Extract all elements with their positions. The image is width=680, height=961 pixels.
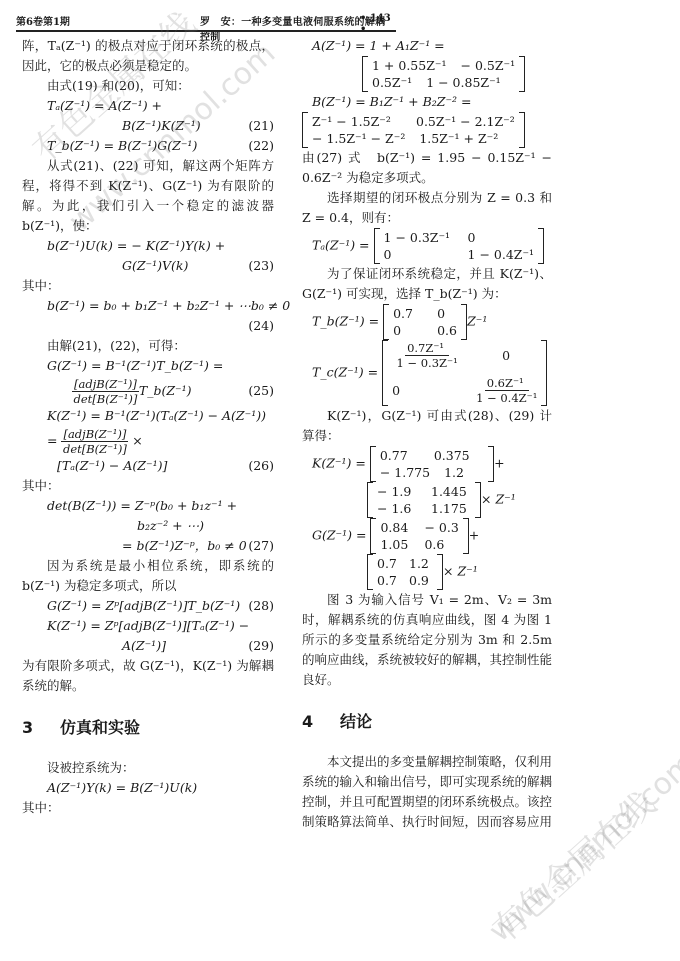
paragraph: 由式(19) 和(20)，可知： — [22, 76, 274, 96]
equation-number: (26) — [248, 456, 274, 476]
equation-text: A(Z⁻¹)] — [122, 638, 166, 653]
paragraph: 因为系统是最小相位系统，即系统的 b(Z⁻¹) 为稳定多项式，所以 — [22, 556, 274, 596]
equation-21: Tₐ(Z⁻¹) = A(Z⁻¹) + — [22, 96, 274, 116]
running-header: 第6卷第1期 罗 安：一种多变量电液伺服系统的解耦控制 • 143 • — [16, 10, 392, 32]
section-title: 仿真和实验 — [60, 718, 140, 737]
paragraph: 从式(21)、(22) 可知，解这两个矩阵方程，将得不到 K(Z⁻¹)、G(Z⁻… — [22, 156, 274, 236]
equation-number: (23) — [248, 256, 274, 276]
right-column: A(Z⁻¹) = 1 + A₁Z⁻¹ = 1 + 0.55Z⁻¹− 0.5Z⁻¹… — [302, 36, 552, 832]
paragraph: 其中： — [22, 476, 274, 496]
header-rule — [16, 30, 396, 32]
paragraph: 其中： — [22, 276, 274, 296]
section-title: 结论 — [340, 712, 372, 731]
equation-26-cont2: [Tₐ(Z⁻¹) − A(Z⁻¹)](26) — [22, 456, 274, 476]
equation-text: Tₐ(Z⁻¹) = A(Z⁻¹) + — [47, 98, 162, 113]
issue-label: 第6卷第1期 — [16, 13, 70, 28]
plus-symbol: + — [469, 528, 479, 543]
equation-text: G(Z⁻¹) = — [312, 528, 366, 543]
equation-text: Tₐ(Z⁻¹) = — [312, 238, 370, 253]
paragraph: 阵，Tₐ(Z⁻¹) 的极点对应于闭环系统的极点，因此，它的极点必须是稳定的。 — [22, 36, 274, 76]
paragraph: 图 3 为输入信号 V₁ = 2m、V₂ = 3m 时，解耦系统的仿真响应曲线，… — [302, 590, 552, 690]
equation-text: K(Z⁻¹) = Zᵖ[adjB(Z⁻¹)][Tₐ(Z⁻¹) − — [47, 618, 249, 633]
matrix-B-line: Z⁻¹ − 1.5Z⁻²0.5Z⁻¹ − 2.1Z⁻² − 1.5Z⁻¹ − Z… — [302, 112, 552, 148]
denominator: det[B(Z⁻¹)] — [63, 442, 127, 456]
equation-26: K(Z⁻¹) = B⁻¹(Z⁻¹)(Tₐ(Z⁻¹) − A(Z⁻¹)) — [22, 406, 274, 426]
matrix-G1-line: 0.71.2 0.70.9 × Z⁻¹ — [302, 554, 552, 590]
equation-text: T_b(Z⁻¹) — [139, 383, 192, 398]
equation-number: (27) — [248, 536, 274, 556]
equation-25: G(Z⁻¹) = B⁻¹(Z⁻¹)T_b(Z⁻¹) = — [22, 356, 274, 376]
section-heading-4: 4结论 — [302, 710, 552, 734]
plus-symbol: + — [494, 456, 504, 471]
numerator: [adjB(Z⁻¹)] — [72, 377, 139, 392]
times-z-inverse: × Z⁻¹ — [443, 564, 478, 579]
matrix-A: 1 + 0.55Z⁻¹− 0.5Z⁻¹ 0.5Z⁻¹1 − 0.85Z⁻¹ — [362, 56, 525, 92]
paragraph: 本文提出的多变量解耦控制策略，仅利用系统的输入和输出信号，即可实现系统的解耦控制… — [302, 752, 552, 832]
equation-28: G(Z⁻¹) = Zᵖ[adjB(Z⁻¹)]T_b(Z⁻¹)(28) — [22, 596, 274, 616]
matrix-K1: − 1.91.445 − 1.61.175 — [367, 482, 481, 518]
equation-Ta: Tₐ(Z⁻¹) = 1 − 0.3Z⁻¹0 01 − 0.4Z⁻¹ — [302, 228, 552, 264]
equation-G: G(Z⁻¹) = 0.84− 0.3 1.050.6 + — [302, 518, 552, 554]
matrix-K0: 0.770.375 − 1.7751.2 — [370, 446, 494, 482]
equation-system: A(Z⁻¹)Y(k) = B(Z⁻¹)U(k) — [22, 778, 274, 798]
section-number: 4 — [302, 710, 340, 734]
matrix-G1: 0.71.2 0.70.9 — [367, 554, 443, 590]
equation-number: (28) — [248, 596, 274, 616]
equation-text: B(Z⁻¹) = B₁Z⁻¹ + B₂Z⁻² = — [312, 94, 472, 109]
paragraph: 由(27) 式 b(Z⁻¹) = 1.95 − 0.15Z⁻¹ − 0.6Z⁻²… — [302, 148, 552, 188]
equation-Tc: T_c(Z⁻¹) = 0.7Z⁻¹1 − 0.3Z⁻¹0 00.6Z⁻¹1 − … — [302, 340, 552, 406]
equation-text: G(Z⁻¹) = Zᵖ[adjB(Z⁻¹)]T_b(Z⁻¹) — [47, 598, 240, 613]
times-symbol: × — [132, 433, 142, 448]
equation-B: B(Z⁻¹) = B₁Z⁻¹ + B₂Z⁻² = — [302, 92, 552, 112]
denominator: det[B(Z⁻¹)] — [74, 392, 138, 406]
equation-27: det(B(Z⁻¹)) = Z⁻ᵖ(b₀ + b₁z⁻¹ + — [22, 496, 274, 516]
matrix-Ta: 1 − 0.3Z⁻¹0 01 − 0.4Z⁻¹ — [374, 228, 545, 264]
equation-text: det(B(Z⁻¹)) = Z⁻ᵖ(b₀ + b₁z⁻¹ + — [47, 498, 237, 513]
equation-26-cont: = [adjB(Z⁻¹)]det[B(Z⁻¹)] × — [22, 426, 274, 456]
equation-27-cont2: = b(Z⁻¹)Z⁻ᵖ，b₀ ≠ 0(27) — [22, 536, 274, 556]
matrix-B: Z⁻¹ − 1.5Z⁻²0.5Z⁻¹ − 2.1Z⁻² − 1.5Z⁻¹ − Z… — [302, 112, 525, 148]
times-z-inverse: × Z⁻¹ — [481, 492, 516, 507]
matrix-Tc: 0.7Z⁻¹1 − 0.3Z⁻¹0 00.6Z⁻¹1 − 0.4Z⁻¹ — [382, 340, 547, 406]
paragraph: 设被控系统为： — [22, 758, 274, 778]
paragraph: 为有限阶多项式，故 G(Z⁻¹)，K(Z⁻¹) 为解耦系统的解。 — [22, 656, 274, 696]
numerator: [adjB(Z⁻¹)] — [61, 427, 128, 442]
left-column: 阵，Tₐ(Z⁻¹) 的极点对应于闭环系统的极点，因此，它的极点必须是稳定的。 由… — [22, 36, 274, 818]
equation-23: b(Z⁻¹)U(k) = − K(Z⁻¹)Y(k) + — [22, 236, 274, 256]
equation-24-num: (24) — [22, 316, 274, 336]
equation-text: K(Z⁻¹) = B⁻¹(Z⁻¹)(Tₐ(Z⁻¹) − A(Z⁻¹)) — [47, 408, 266, 423]
paragraph: 为了保证闭环系统稳定，并且 K(Z⁻¹)、G(Z⁻¹) 可实现，选择 T_b(Z… — [302, 264, 552, 304]
equation-text: G(Z⁻¹) = B⁻¹(Z⁻¹)T_b(Z⁻¹) = — [47, 358, 223, 373]
equation-29: K(Z⁻¹) = Zᵖ[adjB(Z⁻¹)][Tₐ(Z⁻¹) − — [22, 616, 274, 636]
equation-Tb: T_b(Z⁻¹) = 0.70 00.6 Z⁻¹ — [302, 304, 552, 340]
equation-number: (29) — [248, 636, 274, 656]
equation-number: (22) — [248, 136, 274, 156]
equation-text: B(Z⁻¹)K(Z⁻¹) — [122, 118, 201, 133]
equation-text: K(Z⁻¹) = — [312, 456, 366, 471]
paper-page: 第6卷第1期 罗 安：一种多变量电液伺服系统的解耦控制 • 143 • 阵，Tₐ… — [0, 0, 680, 961]
equation-A: A(Z⁻¹) = 1 + A₁Z⁻¹ = — [302, 36, 552, 56]
equation-number: (24) — [248, 316, 274, 336]
equation-text: G(Z⁻¹)V(k) — [122, 258, 188, 273]
fraction: [adjB(Z⁻¹)]det[B(Z⁻¹)] — [61, 427, 128, 456]
equation-text: T_c(Z⁻¹) = — [312, 365, 378, 380]
equation-text: A(Z⁻¹) = 1 + A₁Z⁻¹ = — [312, 38, 445, 53]
equation-text: b₂z⁻² + ⋯) — [137, 518, 204, 533]
equation-number: (25) — [248, 376, 274, 406]
equation-K: K(Z⁻¹) = 0.770.375 − 1.7751.2 + — [302, 446, 552, 482]
section-number: 3 — [22, 716, 60, 740]
section-heading-3: 3仿真和实验 — [22, 716, 274, 740]
matrix-A-line: 1 + 0.55Z⁻¹− 0.5Z⁻¹ 0.5Z⁻¹1 − 0.85Z⁻¹ — [302, 56, 552, 92]
equation-text: b(Z⁻¹) = b₀ + b₁Z⁻¹ + b₂Z⁻¹ + ⋯b₀ ≠ 0 — [47, 298, 290, 313]
equation-text: b(Z⁻¹)U(k) = − K(Z⁻¹)Y(k) + — [47, 238, 225, 253]
equation-number: (21) — [248, 116, 274, 136]
equation-29-cont: A(Z⁻¹)](29) — [22, 636, 274, 656]
equation-text: [Tₐ(Z⁻¹) − A(Z⁻¹)] — [57, 458, 167, 473]
equation-25-cont: [adjB(Z⁻¹)]det[B(Z⁻¹)]T_b(Z⁻¹) (25) — [22, 376, 274, 406]
fraction: [adjB(Z⁻¹)]det[B(Z⁻¹)] — [72, 377, 139, 406]
paragraph: 由解(21)，(22)，可得： — [22, 336, 274, 356]
equation-text: A(Z⁻¹)Y(k) = B(Z⁻¹)U(k) — [47, 780, 197, 795]
equation-text: T_b(Z⁻¹) = B(Z⁻¹)G(Z⁻¹) — [47, 138, 197, 153]
paragraph: 其中： — [22, 798, 274, 818]
paragraph: 选择期望的闭环极点分别为 Z = 0.3 和 Z = 0.4，则有： — [302, 188, 552, 228]
equation-text: T_b(Z⁻¹) = — [312, 314, 379, 329]
paragraph: K(Z⁻¹)，G(Z⁻¹) 可由式(28)、(29) 计算得： — [302, 406, 552, 446]
equation-text: = b(Z⁻¹)Z⁻ᵖ，b₀ ≠ 0 — [122, 538, 247, 553]
equation-27-cont: b₂z⁻² + ⋯) — [22, 516, 274, 536]
matrix-G0: 0.84− 0.3 1.050.6 — [370, 518, 468, 554]
equation-text: Z⁻¹ — [467, 314, 487, 329]
equation-22: T_b(Z⁻¹) = B(Z⁻¹)G(Z⁻¹)(22) — [22, 136, 274, 156]
equation-21-cont: B(Z⁻¹)K(Z⁻¹)(21) — [22, 116, 274, 136]
matrix-Tb: 0.70 00.6 — [383, 304, 467, 340]
matrix-K1-line: − 1.91.445 − 1.61.175 × Z⁻¹ — [302, 482, 552, 518]
equation-24: b(Z⁻¹) = b₀ + b₁Z⁻¹ + b₂Z⁻¹ + ⋯b₀ ≠ 0 — [22, 296, 274, 316]
equation-23-cont: G(Z⁻¹)V(k)(23) — [22, 256, 274, 276]
